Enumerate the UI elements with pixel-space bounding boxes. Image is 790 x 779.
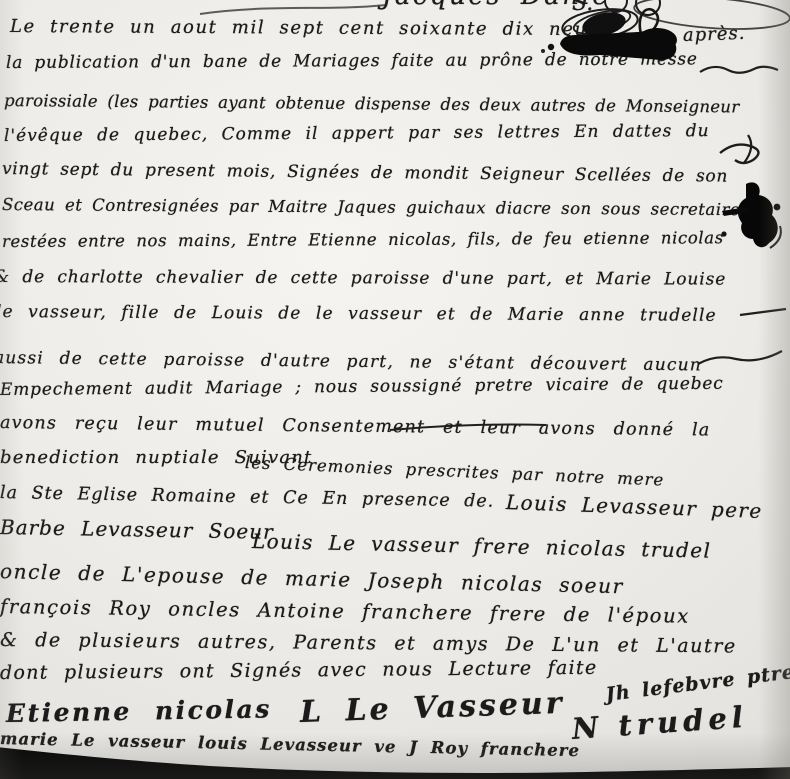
flourish-line9 — [740, 309, 786, 315]
header-margin-mark: S. — [572, 0, 593, 15]
flourish-line4-hook — [744, 135, 751, 163]
signature-groom: Etienne nicolas — [6, 696, 272, 726]
record-line: l'évêque de quebec, Comme il appert par … — [4, 123, 710, 145]
record-line: Empechement audit Mariage ; nous soussig… — [0, 376, 724, 399]
record-line: paroissiale (les parties ayant obtenue d… — [4, 93, 740, 116]
record-line: françois Roy oncles Antoine franchere fr… — [0, 597, 690, 626]
manuscript-page: Jacques Danie S. Le trente un aout mil s… — [0, 0, 790, 779]
signature-trudel: N trudel — [571, 703, 749, 744]
flourish-line7 — [770, 226, 781, 248]
record-line: oncle de L'epouse de marie Joseph nicola… — [0, 561, 624, 596]
record-line: Louis Le vasseur frere nicolas trudel — [252, 531, 712, 561]
flourish-line4 — [720, 145, 759, 163]
header-tail-flourish — [200, 5, 386, 14]
record-line: Sceau et Contresignées par Maitre Jaques… — [2, 197, 740, 219]
record-line: Louis Levasseur pere — [506, 492, 763, 521]
record-line: après. — [683, 25, 746, 45]
record-line: la publication d'un bane de Mariages fai… — [6, 51, 698, 72]
record-line: & de charlotte chevalier de cette parois… — [0, 269, 726, 289]
record-line: la Ste Eglise Romaine et Ce En presence … — [0, 485, 494, 511]
record-line: avons reçu leur mutuel Consentement et l… — [0, 415, 711, 440]
record-line: aussi de cette paroisse d'autre part, ne… — [0, 350, 702, 374]
record-line: & de plusieurs autres, Parents et amys D… — [0, 631, 737, 656]
record-line: dont plusieurs ont Signés avec nous Lect… — [0, 659, 598, 683]
flourish-line10 — [698, 351, 782, 364]
record-line: Barbe Levasseur Soeur — [0, 517, 274, 542]
record-line: les Ceremonies prescrites par notre mere — [245, 455, 665, 489]
signature-priest: Jh lefebvre ptre — [605, 663, 790, 705]
signature-levasseur: L Le Vasseur — [299, 689, 564, 728]
record-line: vingt sept du present mois, Signées de m… — [2, 161, 728, 186]
record-line: Le trente un aout mil sept cent soixante… — [10, 18, 596, 39]
record-line: le vasseur, fille de Louis de le vasseur… — [0, 304, 717, 325]
signature-row-partial: marie Le vasseur louis Levasseur ve J Ro… — [0, 731, 580, 760]
record-line: restées entre nos mains, Entre Etienne n… — [2, 230, 724, 250]
flourish-line2 — [700, 67, 778, 73]
